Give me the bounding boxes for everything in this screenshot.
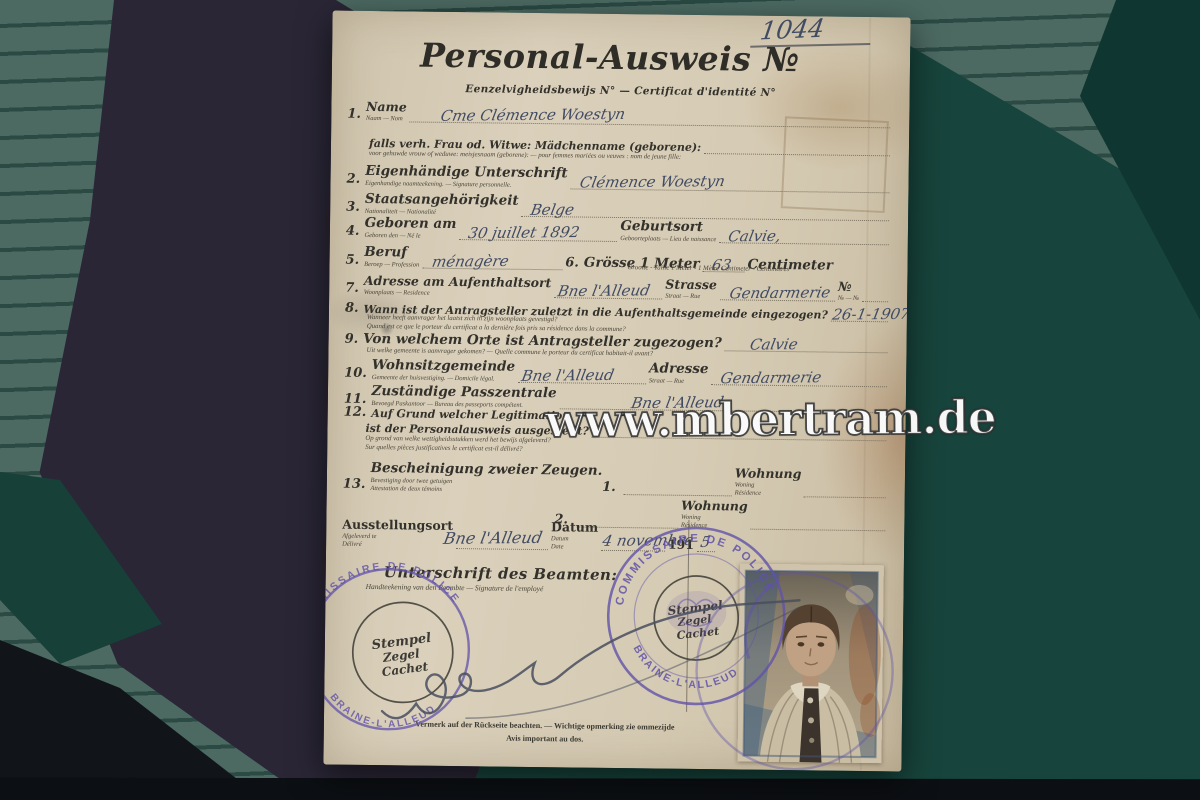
witnesses-label: Bescheinigung zweier Zeugen. <box>371 460 603 479</box>
field-address: 7. Adresse am Aufenthaltsort Woonplaats … <box>345 273 891 303</box>
officer-signature-sublabel: Handteekening van den Beambte — Signatur… <box>366 582 544 593</box>
residence-2-line <box>750 514 885 532</box>
witness-1-number: 1. <box>602 480 616 495</box>
address-line: Bne l'Alleud <box>554 282 662 299</box>
pass-office-label: Zuständige Passzentrale <box>372 383 557 401</box>
footer-note-line-1: Vermerk auf der Rückseite beachten. — Wi… <box>330 719 760 733</box>
field-number: 2. <box>346 172 360 187</box>
street-sublabel: Straat — Rue <box>665 293 717 301</box>
profession-handwritten: ménagère <box>430 252 510 271</box>
issue-date-label: Datum <box>551 519 598 535</box>
field-number: 9. <box>345 332 359 347</box>
field-witnesses: 13. Bescheinigung zweier Zeugen. Bevesti… <box>343 460 889 499</box>
profession-label: Beruf <box>364 244 419 261</box>
printed-cachet-text: Stempel Zegel Cachet Stempel Zegel Cache… <box>370 594 727 685</box>
domicile-street-line: Gendarmerie <box>711 369 887 387</box>
stempel-text: Stempel <box>667 598 724 618</box>
field-name: 1. Name Naam — Nom Cme Clémence Woestyn <box>347 99 893 129</box>
witnesses-sublabel-fr: Attestation de deux témoins <box>370 485 602 495</box>
birthplace-label: Geburtsort <box>620 218 716 235</box>
moved-in-sublabel-nl: Wanneer heeft aanvrager het laatst zich … <box>367 314 558 323</box>
birthplace-line: Calvie, <box>719 227 889 245</box>
moved-in-handwritten: 26-1-1907 <box>831 305 911 324</box>
witness-1-line <box>624 479 732 496</box>
residence-label-2: Wohnung <box>681 498 748 514</box>
street-line: Gendarmerie <box>720 284 835 301</box>
birthplace-sublabel: Geboorteplaats — Lieu de naissance <box>620 235 716 243</box>
document-subtitle: Eenzelvigheidsbewijs N° — Certificat d'i… <box>332 81 910 100</box>
issue-place-label: Ausstellungsort <box>342 517 453 533</box>
officer-signature-label: Unterschrift des Beamten: <box>384 563 618 584</box>
domicile-label: Wohnsitzgemeinde <box>372 357 515 375</box>
birthplace-handwritten: Calvie, <box>727 227 783 245</box>
signature-label: Eigenhändige Unterschrift <box>365 163 568 181</box>
cachet-text: Cachet <box>381 659 429 679</box>
signature-sublabel: Eigenhandige naamteekening. — Signature … <box>365 180 567 189</box>
field-number: 3. <box>346 200 360 215</box>
nationality-label: Staatsangehörigkeit <box>365 191 519 209</box>
stempel-text: Stempel <box>371 631 432 653</box>
footer-note-line-2: Avis important au dos. <box>330 732 760 746</box>
residence-label-1: Wohnung <box>735 465 802 481</box>
name-sublabel: Naam — Nom <box>366 115 407 122</box>
house-number-line <box>862 286 888 302</box>
residence-sublabel-fr: Résidence <box>735 489 802 497</box>
issue-place-line: Bne l'Alleud <box>456 533 548 550</box>
document-number: 1044 <box>758 14 826 46</box>
domicile-street-handwritten: Gendarmerie <box>719 368 823 387</box>
name-handwritten: Cme Clémence Woestyn <box>440 105 628 125</box>
birthdate-sublabel: Geboren den — Né le <box>364 232 456 240</box>
previous-town-line: Calvie <box>725 335 888 353</box>
birthdate-line: 30 juillet 1892 <box>459 224 617 242</box>
profession-sublabel: Beroep — Profession <box>364 261 419 269</box>
height-sublabel: Grootte - Taille 1 Meter - 1 Mètre Centi… <box>627 264 789 273</box>
field-number: 10. <box>344 366 367 381</box>
residence-1-line <box>804 481 886 498</box>
field-number: 4. <box>346 224 360 239</box>
issue-date-handwritten: 4 novembre <box>601 531 695 550</box>
domicile-street-sublabel: Straat — Rue <box>649 377 708 385</box>
issue-date-sublabel-nl: Datum <box>551 535 598 543</box>
issue-year-digit-handwritten: 5 <box>699 533 712 551</box>
address-sublabel: Woonplaats — Residence <box>364 289 552 298</box>
document-title: Personal-Ausweis № <box>420 36 800 80</box>
officer-signature-ink <box>382 595 799 723</box>
field-number: 1. <box>347 107 361 122</box>
field-profession-height: 5. Beruf Beroep — Profession ménagère 6.… <box>345 244 891 275</box>
birthdate-label: Geboren am <box>365 215 457 232</box>
previous-town-handwritten: Calvie <box>749 335 800 353</box>
zegel-text: Zegel <box>381 646 421 665</box>
field-number: 7. <box>345 281 359 296</box>
domicile-street-label: Adresse <box>649 360 709 377</box>
legitimation-sublabel-nl: Op grond van welke wettigheidsstukken we… <box>365 435 550 444</box>
portrait-photo-drawing <box>737 564 883 764</box>
birthdate-handwritten: 30 juillet 1892 <box>467 223 581 242</box>
moved-in-line: 26-1-1907 <box>831 306 888 323</box>
portrait-photo <box>737 564 883 764</box>
domicile-line: Bne l'Alleud <box>518 367 646 385</box>
domicile-sublabel: Gemeente der huisvestiging. — Domicile l… <box>372 374 515 383</box>
field-number: 6. <box>565 255 579 270</box>
watermark: www.mbertram.de <box>545 390 996 448</box>
photo-of-identity-document: { "colors": { "ink": "#414b63", "stamp_p… <box>0 0 1200 800</box>
house-number-sublabel: № — № <box>838 295 859 302</box>
field-number: 8. <box>345 301 359 316</box>
printed-cachet-circles <box>352 572 739 707</box>
issue-place-handwritten: Bne l'Alleud <box>442 528 544 548</box>
issue-date-sublabel-fr: Date <box>551 543 598 551</box>
document-number-line: 1044 <box>750 43 870 48</box>
profession-line: ménagère <box>422 253 562 271</box>
residence-sublabel-nl: Woning <box>735 481 802 489</box>
legitimation-sublabel-fr: Sur quelles pièces justificatives le cer… <box>365 444 522 453</box>
field-number: 5. <box>345 253 359 268</box>
field-number: 12. <box>344 405 367 420</box>
street-handwritten: Gendarmerie <box>728 283 832 302</box>
street-label: Strasse <box>665 277 717 293</box>
address-label: Adresse am Aufenthaltsort <box>364 273 552 290</box>
zegel-text: Zegel <box>676 612 712 629</box>
name-label: Name <box>366 99 407 114</box>
domicile-handwritten: Bne l'Alleud <box>520 366 616 385</box>
issue-year-line: 5 <box>697 536 715 552</box>
signature-line: Clémence Woestyn <box>570 173 889 193</box>
field-issue: Ausstellungsort Afgeleverd te Délivré Bn… <box>342 517 692 552</box>
name-line: Cme Clémence Woestyn <box>410 106 891 128</box>
address-handwritten: Bne l'Alleud <box>556 281 652 300</box>
cachet-text: Cachet <box>676 625 720 643</box>
maiden-line <box>704 138 890 156</box>
signature-handwritten: Clémence Woestyn <box>578 172 726 191</box>
issue-date-line: 4 novembre <box>601 535 665 552</box>
issue-place-sublabel-nl: Afgeleverd te <box>342 533 453 541</box>
house-number-label: № <box>838 279 859 294</box>
issue-place-sublabel-fr: Délivré <box>342 541 453 549</box>
field-number: 13. <box>343 477 366 492</box>
